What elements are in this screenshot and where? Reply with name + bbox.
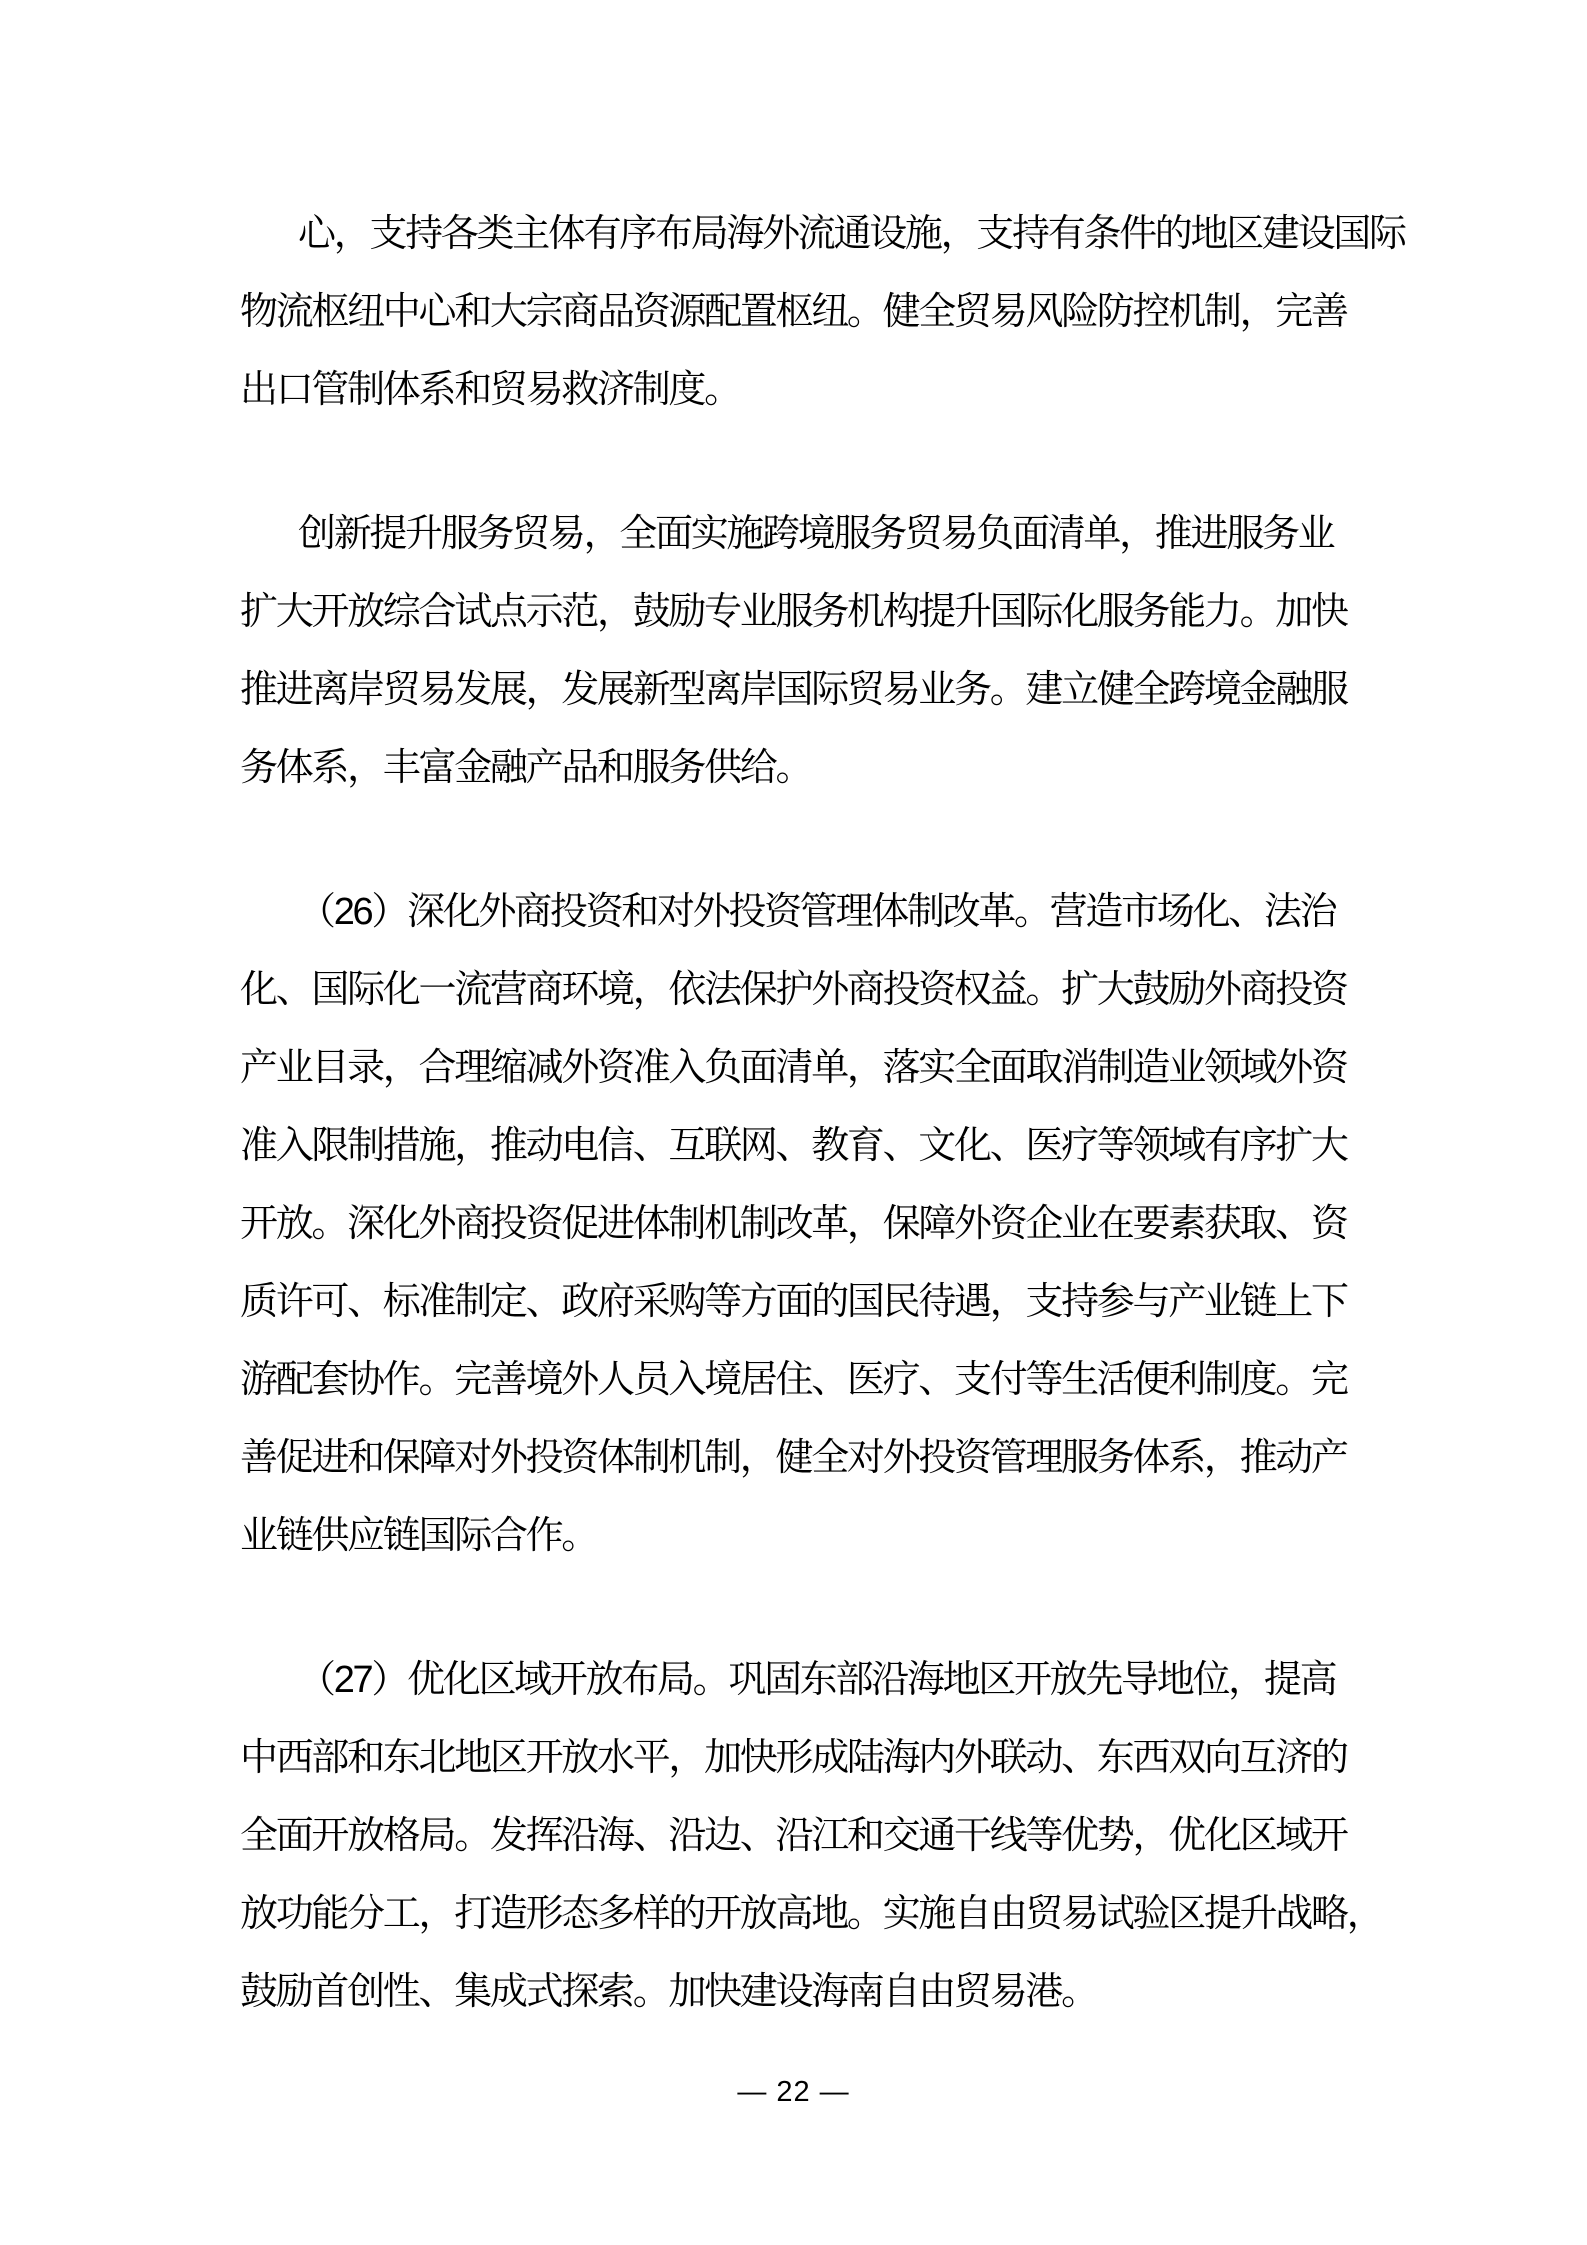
text-line: 出口管制体系和贸易救济制度。 bbox=[240, 351, 1350, 429]
text-line: 产业目录，合理缩减外资准入负面清单，落实全面取消制造业领域外资 bbox=[240, 1029, 1350, 1107]
text-line: 放功能分工，打造形态多样的开放高地。实施自由贸易试验区提升战略， bbox=[240, 1875, 1350, 1953]
text-line: 务体系，丰富金融产品和服务供给。 bbox=[240, 729, 1350, 807]
text-line: 推进离岸贸易发展，发展新型离岸国际贸易业务。建立健全跨境金融服 bbox=[240, 651, 1350, 729]
text-line: 善促进和保障对外投资体制机制，健全对外投资管理服务体系，推动产 bbox=[240, 1419, 1350, 1497]
paragraph: 创新提升服务贸易，全面实施跨境服务贸易负面清单，推进服务业 扩大开放综合试点示范… bbox=[240, 495, 1350, 807]
text-line: 业链供应链国际合作。 bbox=[240, 1497, 1350, 1575]
text-line: 开放。深化外商投资促进体制机制改革，保障外资企业在要素获取、资 bbox=[240, 1185, 1350, 1263]
text-line: 物流枢纽中心和大宗商品资源配置枢纽。健全贸易风险防控机制，完善 bbox=[240, 273, 1350, 351]
text-line: 化、国际化一流营商环境，依法保护外商投资权益。扩大鼓励外商投资 bbox=[240, 951, 1350, 1029]
paragraph: 心，支持各类主体有序布局海外流通设施，支持有条件的地区建设国际 物流枢纽中心和大… bbox=[240, 195, 1350, 429]
text-line: 心，支持各类主体有序布局海外流通设施，支持有条件的地区建设国际 bbox=[240, 195, 1350, 273]
text-line: 准入限制措施，推动电信、互联网、教育、文化、医疗等领域有序扩大 bbox=[240, 1107, 1350, 1185]
text-line: 质许可、标准制定、政府采购等方面的国民待遇，支持参与产业链上下 bbox=[240, 1263, 1350, 1341]
paragraph: （27）优化区域开放布局。巩固东部沿海地区开放先导地位，提高 中西部和东北地区开… bbox=[240, 1641, 1350, 2031]
paragraph: （26）深化外商投资和对外投资管理体制改革。营造市场化、法治 化、国际化一流营商… bbox=[240, 873, 1350, 1575]
text-line: （27）优化区域开放布局。巩固东部沿海地区开放先导地位，提高 bbox=[240, 1641, 1350, 1719]
text-line: （26）深化外商投资和对外投资管理体制改革。营造市场化、法治 bbox=[240, 873, 1350, 951]
text-line: 扩大开放综合试点示范，鼓励专业服务机构提升国际化服务能力。加快 bbox=[240, 573, 1350, 651]
document-body: 心，支持各类主体有序布局海外流通设施，支持有条件的地区建设国际 物流枢纽中心和大… bbox=[240, 195, 1350, 2031]
page-footer: — 22 — bbox=[0, 2072, 1587, 2112]
text-line: 游配套协作。完善境外人员入境居住、医疗、支付等生活便利制度。完 bbox=[240, 1341, 1350, 1419]
page-number: — 22 — bbox=[737, 2076, 849, 2108]
text-line: 鼓励首创性、集成式探索。加快建设海南自由贸易港。 bbox=[240, 1953, 1350, 2031]
document-page: 心，支持各类主体有序布局海外流通设施，支持有条件的地区建设国际 物流枢纽中心和大… bbox=[0, 0, 1587, 2245]
text-line: 全面开放格局。发挥沿海、沿边、沿江和交通干线等优势，优化区域开 bbox=[240, 1797, 1350, 1875]
text-line: 创新提升服务贸易，全面实施跨境服务贸易负面清单，推进服务业 bbox=[240, 495, 1350, 573]
text-line: 中西部和东北地区开放水平，加快形成陆海内外联动、东西双向互济的 bbox=[240, 1719, 1350, 1797]
